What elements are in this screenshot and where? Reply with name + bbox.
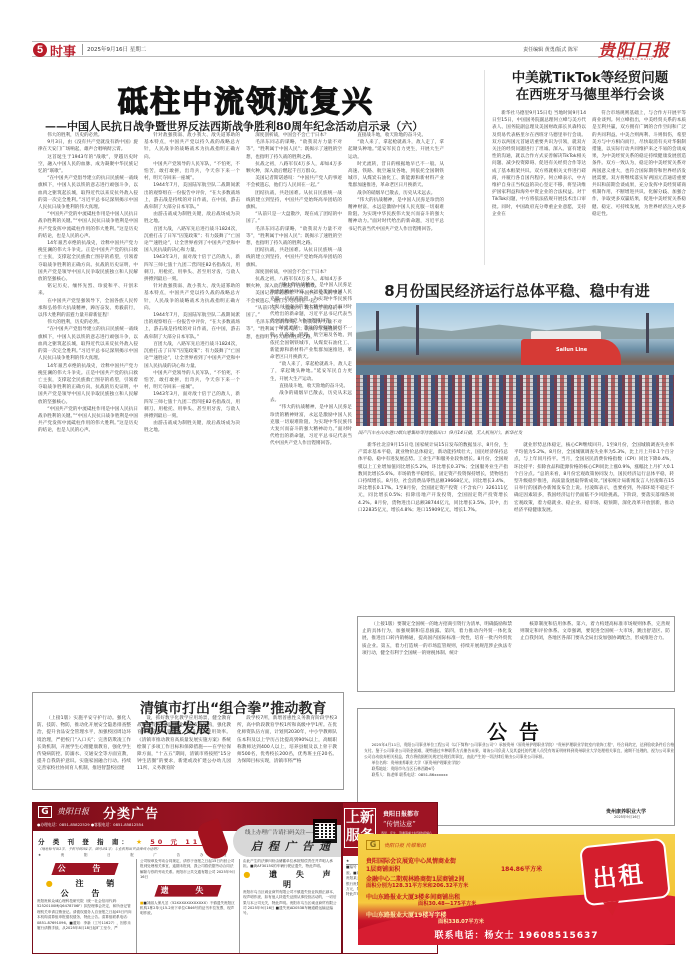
rental-line: 面积30.48—175平方米 (418, 900, 476, 907)
paragraph: 这首诞生于1943年的“战歌”，穿越历史时空，融入中国人民的血脉，成为凝聚中华民… (38, 154, 138, 176)
rental-line-right: 184.86平方米 (501, 864, 542, 873)
rental-ad-brand: 贵阳日报 传媒集团 (384, 842, 426, 849)
main-headline: 砥柱中流领航复兴 (118, 77, 374, 121)
port-cars-photo[interactable]: Sailun Line (356, 303, 674, 426)
paragraph: 深度剖析战，中国会不会亡于日本？ (246, 269, 342, 276)
rental-contact: 联系电话：杨女士 19608515637 (358, 928, 675, 941)
paragraph: （上接1版）要制定全国统一的地方招商引资行为清单，明确鼓励和禁止的具体行为，加强… (362, 621, 512, 657)
notice-body: 2025年4月11日，贵阳公司事业单位工程公司（以下简称“公司事业公司”）承接贵… (364, 742, 674, 778)
classified-text: ■■刘丽人保凡茎（52XXXXXXXXXXXX）不慎遗失贵阳区机构1栋2单元15… (140, 901, 236, 917)
qr-code-icon[interactable] (313, 819, 337, 843)
rental-line: 中山东路报业大厦19楼写字楼 (366, 910, 446, 919)
paragraph: “在中国共产党倡导建立的抗日民族统一战线旗帜下，中国人民以铁的意志进行顽强斗争，… (38, 175, 138, 211)
tiktok-article-column-1: 新华社马德里9月15日电 当地时间9月14日至15日，中国国务院副总理何立峰与美… (492, 110, 586, 265)
address-cell: 贵 (61, 853, 65, 858)
crane-icon (376, 311, 379, 351)
classified-text: 公司规章及劳动合同规定，请你于登报之日起15日内回公司报到处理相关事宜，逾期未报… (140, 859, 236, 881)
paragraph: 在中国共产党坚强领导下，全国各族人民传承和弘扬伟大抗战精神，踔厉奋发、勇毅前行，… (38, 298, 138, 320)
paragraph: 百团大战，八路军先后进行战斗1824次，沉重打击了日军“囚笼政策”；有力鼓舞了“… (144, 341, 240, 370)
group-logo-icon: G (366, 840, 380, 850)
star-icon: ★ (136, 838, 145, 846)
paragraph: 深度剖析战，中国会不会亡于日本？ (246, 132, 342, 139)
paragraph: 抗战之初，八路军仅4万多人，却如4万多颗火种，深入敌后燃起千百万群众。 (246, 161, 342, 175)
education-column-1: （上接1版）实施平安守护行动。强化人防、技防、物防，推动化开展安全隐患排查整治，… (37, 715, 131, 787)
photo-caption: 国产汽车在山东港口烟台港集结等待装船出口（9月14日摄，无人机照片）。新华社发 (358, 430, 676, 436)
address-cell: 日 (107, 853, 111, 858)
paragraph: 由游击战成为制胜关键，敌后战场成为决胜之地。 (144, 420, 240, 434)
classified-guide: 分 类 刊 登 指 南： ★ 50 元 11 字 (38, 837, 215, 846)
title-line-2: 在西班牙马德里举行会谈 (490, 87, 690, 104)
wechat-promo-line: 线上办理广告请扫码关注—— (245, 828, 317, 836)
header-divider (82, 44, 83, 55)
paragraph: 2025年4月11日，贵阳公司事业单位工程公司（以下简称“公司事业公司”）承接贵… (364, 742, 674, 760)
tiktok-article-column-2: 符合市场规则基础上，与合作方开展平等商业谈判。何立峰指出，中美经贸关系的本质是互… (592, 110, 686, 265)
car-lot-rows (356, 375, 674, 426)
economy-article-column-1: 新华社北京9月15日电 国家统计局15日发布的数据显示，8月份，生产需求基本平稳… (358, 442, 508, 567)
paragraph: 毛泽东同志的谋略，“敌我双方力量不对等”，“胜利属于中国人民”；既揭示了速胜的空… (246, 226, 342, 248)
education-box-gap (344, 692, 346, 790)
classified-text: 贵阳贵和众诚心理科技研究院（统一社会信用代码：52520100MJQ647870… (37, 899, 133, 931)
paragraph: 美国记者斯诺感叹：“中国共产党人的事迹不会被遗忘，他们与人民同在一起。” (246, 175, 342, 189)
continuation-box: （上接1版）要制定全国统一的地方招商引资行为清单，明确鼓励和禁止的具体行为，加强… (357, 616, 675, 692)
paragraph: 针对敌强我弱、敌小我大、敌失道寡助的基本特点，中国共产党以持久战的战略总方针，人… (144, 283, 240, 312)
address-cell: 广 (153, 853, 157, 858)
paragraph: 铭记历史、缅怀先烈、珍爱和平、开创未来。 (38, 283, 138, 297)
paragraph: 百团大战，八路军先后进行战斗1824次，沉重打击了日军“囚笼政策”；有力鼓舞了“… (144, 226, 240, 255)
paragraph: 时光流转，昔日的根据地早已不一般。从高速、铁路、航空遍及各地，到依托全国钢铁城市… (270, 325, 352, 361)
paragraph: 新华社北京9月15日电 国家统计局15日发布的数据显示，8月份，生产需求基本平稳… (358, 442, 508, 514)
paragraph: 符合市场规则基础上，与合作方开展平等商业谈判。何立峰指出，中美经贸关系的本质是互… (592, 110, 686, 218)
notice-date: 2025年9月16日 (614, 815, 640, 820)
paragraph: 1943年3月，面对敌十倍于己的敌人，新四军三师七旅十九团二营四连82名指战员，… (144, 254, 240, 283)
economy-article-title: 8月份国民经济运行总体平稳、稳中有进 (357, 280, 677, 301)
classified-brand: 贵阳日报 (57, 806, 89, 817)
heading-text: 注 销 公 告 (61, 879, 125, 898)
paragraph: 伟大的胜利，历史的必然。 (38, 132, 138, 139)
paragraph: “中国共产党的中流砥柱作用是中国人民抗日战争胜利的关键。”“中国人民抗日战争胜利… (38, 406, 138, 435)
page-header: 5 时事 2025年9月16日 星期二 责任编辑 黄勇/版式 陈军 (32, 41, 666, 57)
service-ad-slogan: “传情达意” (383, 819, 416, 828)
paragraph: “敌人来了，拿起枪就战斗，敌人走了，拿起锄头种地。”延安军民自力更生，开展大生产… (270, 361, 352, 383)
spacer (250, 714, 251, 715)
address-cell: ★ (38, 853, 41, 858)
paragraph: 中国共产党领导的人民军队，“不怕死，不怕苦，敢打敢拼，出奇兵，今天你下来一个村，… (144, 161, 240, 183)
photo-water (356, 365, 674, 375)
paragraph: 14年艰苦卓绝的抗战史，诠释中国共产党力挽狂澜的伟大斗争史。正是中国共产党的抗日… (38, 240, 138, 283)
economy-article-column-2: 就业形势总体稳定，核心CPI继续回升。1至8月份，全国城镇调查失业率平均值为5.… (514, 442, 674, 567)
education-article-title: 清镇市打出“组合拳”推动教育高质量发展 (140, 698, 340, 738)
paragraph: 1943年3月，面对敌十倍于己的敌人，新四军三师七旅十九团二营四连82名指战员，… (144, 391, 240, 420)
rental-bubble-text: 出租 (591, 854, 646, 894)
paragraph: 1944年7月，美国陆军航空队二战期间派出的观察组在一份报告中评价，“在大多数战… (144, 182, 240, 211)
guide-label: 分 类 刊 登 指 南： (38, 838, 131, 846)
address-cell: 阳 (84, 853, 88, 858)
classified-category: 分类广告 (103, 803, 159, 822)
editor-credits: 责任编辑 黄勇/版式 陈军 (523, 46, 578, 53)
service-ad-title: 贵阳日报都市 (383, 809, 419, 818)
paragraph: （上接1版）实施平安守护行动。强化人防、技防、物防，推动化开展安全隐患排查整治，… (37, 715, 131, 773)
classified-text: 贵阳市乌当区诚业商贸有限公司不慎遗失营业执照正副本，现声明作废，如有他人持遗失证… (243, 890, 339, 917)
page-number-badge: 5 (33, 43, 47, 57)
paragraph: “从前只是一大盘散沙，现在成了团结的中国了。” (246, 211, 342, 225)
notice-signature: 贵州康养职业大学 (606, 808, 646, 815)
rental-line-left: 1层商铺面积 (366, 866, 400, 873)
column-rule (484, 70, 485, 265)
paragraph: 14年艰苦卓绝的抗战史，诠释中国共产党力挽狂澜的伟大斗争史。正是中国共产党的抗日… (38, 363, 138, 406)
paragraph: 团结抗战，共赴国难。从抗日民族统一战线的建立到坚持，中国共产党始终高举团结的旗帜… (246, 247, 342, 269)
paragraph: 由游击战成为制胜关键，敌后战场成为决胜之地。 (144, 211, 240, 225)
crane-icon (416, 305, 419, 355)
column-divider (136, 859, 137, 953)
paragraph: 针对敌强我弱、敌小我大、敌失道寡助的基本特点，中国共产党以持久战的战略总方针，人… (144, 132, 240, 161)
paragraph: “伟大的抗战精神，是中国人民弥足珍贵的精神财富，永远是激励中国人民克服一切艰难险… (270, 404, 352, 447)
paragraph: 毛泽东同志的谋略，“敌我双方力量不对等”，“胜利属于中国人民”；既揭示了速胜的空… (246, 139, 342, 161)
paragraph: 就业形势总体稳定，核心CPI继续回升。1至8月份，全国城镇调查失业率平均值为5.… (514, 442, 674, 514)
paragraph: 核算制度和信用体系。第六，着力构建高标准市场规则体系，完善规则制定和评价体系。文… (520, 621, 670, 643)
continuation-column-2: 核算制度和信用体系。第六，着力构建高标准市场规则体系，完善规则制定和评价体系。文… (520, 621, 670, 689)
main-article-column-1: 伟大的胜利，历史的必然。 9月3日，由《没有共产党就没有新中国》旋律在天安门广场… (38, 132, 138, 782)
address-cell: 报 (130, 853, 134, 858)
paragraph: 直接战斗地，收天险地的奋斗史。 (348, 132, 444, 139)
classified-column-3: 由此产生的法律纠纷由储蓄单位承担赔偿责任并声明人承担。■黄AF3015S的车辆行… (243, 859, 339, 953)
paragraph: “在中国共产党倡导建立的抗日民族统一战线旗帜下，中国人民以铁的意志进行顽强斗争，… (38, 326, 138, 362)
title-line-1: 中美就TikTok等经贸问题 (490, 70, 690, 87)
lost-statement-heading: ● 遗 失 声 明 (243, 870, 339, 890)
paragraph: 新华社马德里9月15日电 当地时间9月14日至15日，中国国务院副总理何立峰与美… (492, 110, 586, 218)
paragraph: 中国共产党领导的人民军队，“不怕死，不怕苦，敢打敢拼，出奇兵，今天你下来一个村，… (144, 370, 240, 392)
paragraph: “敌人来了，拿起枪就战斗，敌人走了，拿起锄头种地。”延安军民自力更生，开展大生产… (348, 139, 444, 161)
classified-ads: G 贵阳日报 分类广告 ●办理电话：0851-85822529 ●客服电话：08… (32, 802, 342, 954)
issue-date: 2025年9月16日 星期二 (87, 45, 146, 53)
cancel-notice-heading: ● 注 销 公 告 (37, 879, 133, 899)
main-article-column-4-continued: “伟大的抗战精神，是中国人民弥足珍贵的精神财富，永远是激励中国人民克服一切艰难险… (270, 282, 352, 682)
paragraph: “伟大的抗战精神，是中国人民弥足珍贵的精神财富，永远是激励中国人民克服一切艰难险… (270, 282, 352, 325)
newspaper-logo-sub: GUIYANG DAILY (618, 57, 654, 61)
paragraph: 时光流转，昔日的根据地早已不一般。从高速、铁路、航空遍及各地，到依托全国钢铁城市… (348, 161, 444, 190)
classified-phones: ●办理电话：0851-85822529 ●客服电话：0851-85812554 (37, 822, 144, 828)
paragraph: 直接战斗地，收天险地的奋斗史。 (270, 383, 352, 390)
classified-text: 由此产生的法律纠纷由储蓄单位承担赔偿责任并声明人承担。■黄AF3015S的车辆行… (243, 859, 339, 870)
crane-icon (646, 313, 649, 353)
paragraph: 战争的硝烟早已散去，历史从未远去。 (348, 190, 444, 197)
classified-column-1: 公 告 ● 注 销 公 告 贵阳贵和众诚心理科技研究院（统一社会信用代码：525… (37, 859, 133, 953)
main-article-column-2: 针对敌强我弱、敌小我大、敌失道寡助的基本特点，中国共产党以持久战的战略总方针，人… (144, 132, 240, 782)
paragraph: 伟大的胜利，历史的必然。 (38, 319, 138, 326)
address-cell: 告 (177, 853, 181, 858)
tiktok-article-title: 中美就TikTok等经贸问题 在西班牙马德里举行会谈 (490, 70, 690, 104)
paragraph: 1944年7月，美国陆军航空队二战期间派出的观察组在一份报告中评价，“在大多数战… (144, 312, 240, 341)
row-cell: ★ (346, 859, 349, 864)
rental-line: 面积分别为128.31平方米和206.32平方米 (366, 882, 468, 889)
column-divider (239, 859, 240, 953)
paragraph: 9月3日，由《没有共产党就没有新中国》旋律在天安门广场响起，雄声合唱响彻云霄。 (38, 139, 138, 153)
paragraph: 战争的硝烟早已散去，历史从未远去。 (270, 390, 352, 404)
rental-ad[interactable]: G 贵阳日报 传媒集团 贵阳国际会议展览中心凤情商业街 1层商铺面积184.86… (358, 834, 675, 945)
notice-title: 公告 (360, 716, 678, 745)
notice-contact: 联系人：陈老师 联系电话：0851-86xxxxxx (364, 772, 674, 778)
newspaper-page: 5 时事 2025年9月16日 星期二 责任编辑 黄勇/版式 陈军 贵阳日报 G… (0, 0, 700, 977)
classified-note: （地址标号出1字，手机号码出1字，固号出1字；专业机构出具法律效力证明） (38, 847, 160, 852)
rental-bubble: 出租 (579, 838, 671, 907)
lost-item-text: ■刘丽人保凡茎（52XXXXXXXXXXXX）不慎遗失贵阳区机构1栋2单元15-… (140, 901, 235, 916)
bullet-icon: ● (243, 870, 258, 879)
classified-column-2: 公司规章及劳动合同规定，请你于登报之日起15日内回公司报到处理相关事宜，逾期未报… (140, 859, 236, 953)
ship-label: Sailun Line (556, 347, 587, 353)
lost-tag: 遗 失 (154, 885, 221, 897)
section-name: 时事 (50, 41, 76, 60)
photo-hills (356, 323, 674, 339)
rental-line: 面积338.07平方米 (438, 918, 484, 925)
heading-text: 遗 失 声 明 (269, 870, 339, 889)
group-logo-icon: G (38, 806, 52, 818)
rental-line: 1层商铺面积184.86平方米 (366, 864, 400, 873)
bullet-icon: ● (46, 879, 63, 888)
paragraph: 团结抗战，共赴国难。从抗日民族统一战线的建立到坚持，中国共产党始终高举团结的旗帜… (246, 190, 342, 212)
notice-tag: 公 告 (51, 863, 118, 875)
paragraph: “伟大的抗战精神，是中国人民弥足珍贵的精神财富，永远是激励中国人民克服一切艰难险… (348, 197, 444, 233)
paragraph: “中国共产党的中流砥柱作用是中国人民抗日战争胜利的关键。”“中国人民抗日战争胜利… (38, 211, 138, 240)
continuation-column-1: （上接1版）要制定全国统一的地方招商引资行为清单，明确鼓励和禁止的具体行为，加强… (362, 621, 512, 689)
address-cell: 办 (200, 853, 204, 858)
